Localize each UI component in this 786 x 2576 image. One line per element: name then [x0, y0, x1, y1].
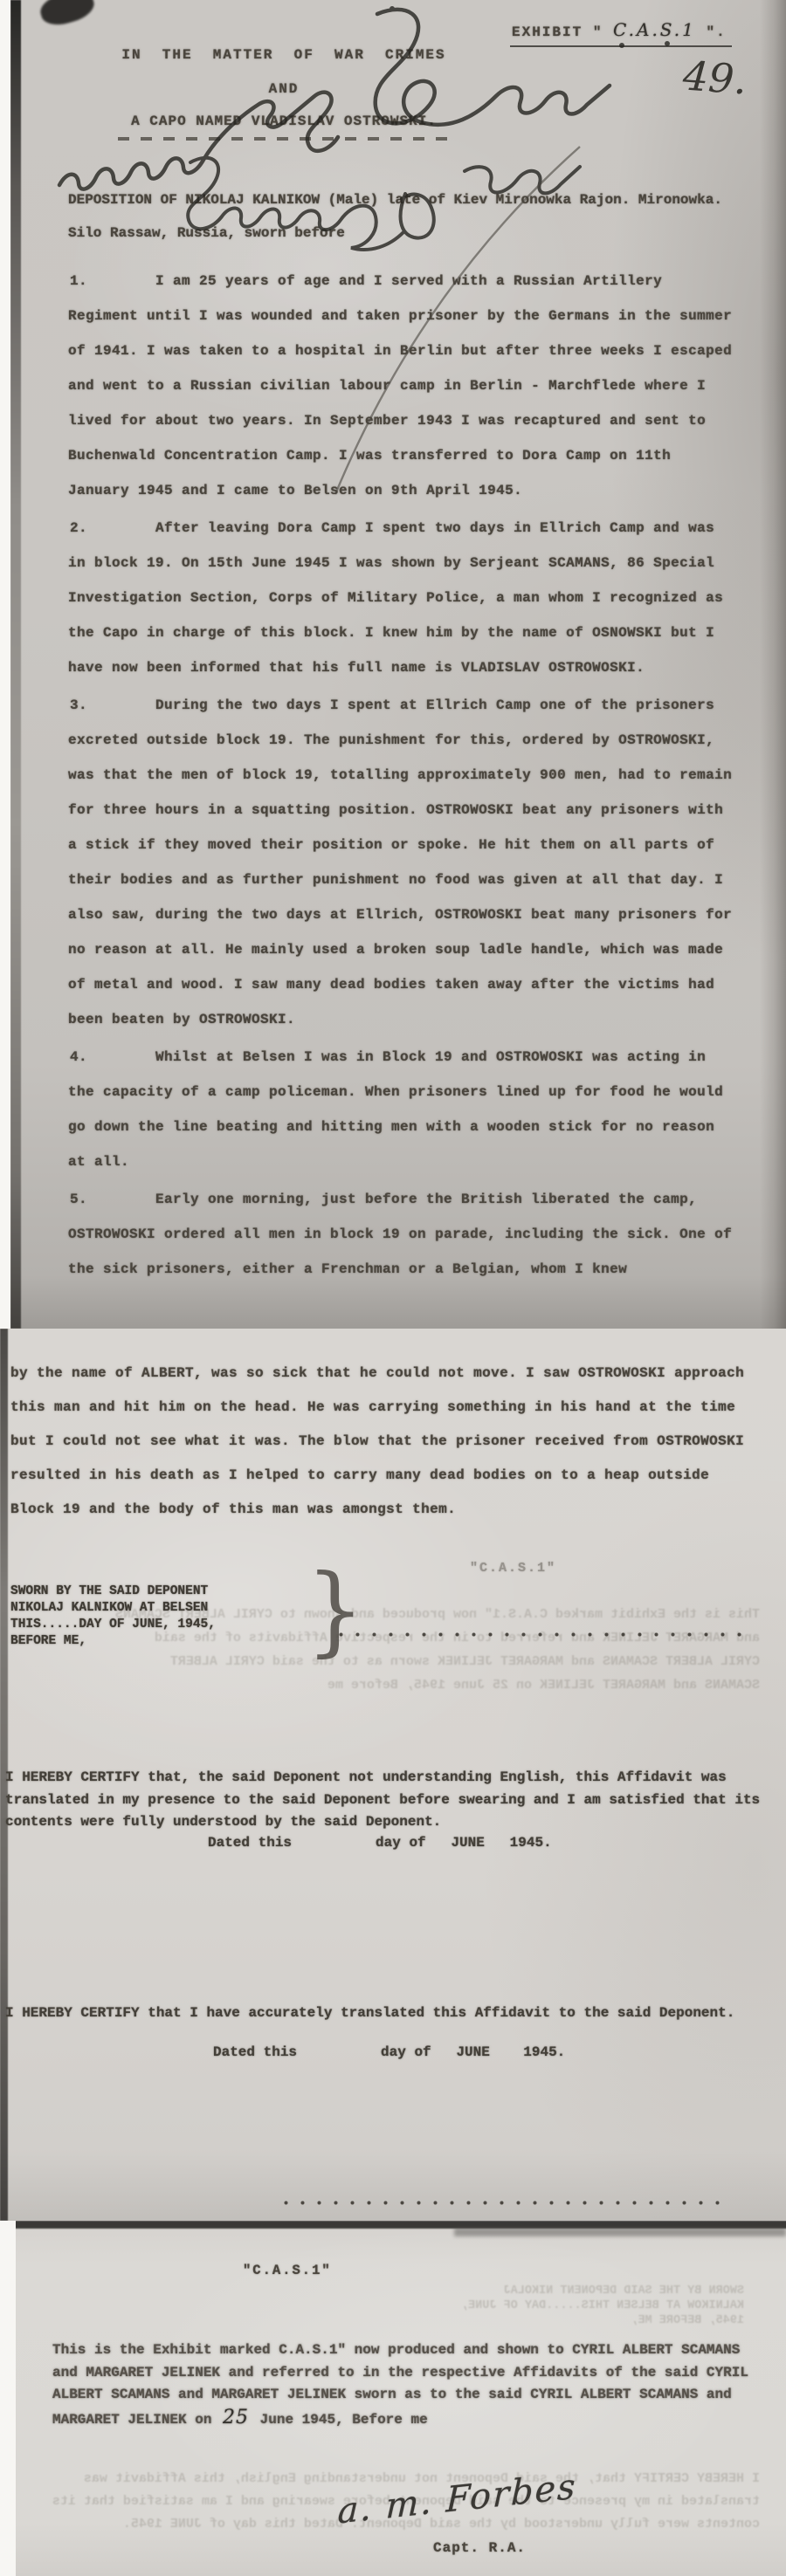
jurat-line-3: THIS.....DAY OF JUNE, 1945,: [10, 1617, 216, 1633]
paragraph-5-continuation: by the name of ALBERT, was so sick that …: [10, 1357, 749, 1527]
exhibit-close-quote: ".: [706, 24, 726, 40]
exhibit-number-handwritten: C.A.S.1: [613, 19, 696, 40]
handwritten-page-number: 49.: [681, 52, 748, 104]
exhibit-open-quote: ": [593, 24, 603, 40]
dated-line-2: Dated this day of JUNE 1945.: [213, 2044, 565, 2060]
signature-rank: Capt. R.A.: [433, 2540, 526, 2556]
exhibit-statement: This is the Exhibit marked C.A.S.1" now …: [52, 2339, 753, 2431]
handwritten-date: 25: [220, 2407, 252, 2428]
paragraph-text: During the two days I spent at Ellrich C…: [68, 688, 735, 1037]
signature-dotted-line: [339, 1632, 751, 1637]
paragraph-number: 3.: [70, 688, 87, 723]
paragraph-text: Whilst at Belsen I was in Block 19 and O…: [68, 1040, 735, 1179]
exhibit-reference-faint: "C.A.S.1": [470, 1561, 556, 1576]
paragraph-number: 2.: [70, 511, 87, 546]
deponent-line-2: Silo Rassaw, Russia, sworn before: [68, 216, 758, 250]
exhibit-header: EXHIBIT " C.A.S.1 ".: [510, 19, 732, 47]
case-title: IN THE MATTER OF WAR CRIMES AND A CAPO N…: [79, 47, 489, 141]
deponent-line-1: DEPOSITION OF NIKOLAJ KALNIKOW (Male) la…: [68, 183, 758, 216]
paragraph-1: 1. I am 25 years of age and I served wit…: [68, 264, 735, 508]
title-line-matter: IN THE MATTER OF WAR CRIMES: [79, 47, 489, 63]
exhibit-reference: "C.A.S.1": [243, 2263, 332, 2278]
typed-dash-underline: [118, 137, 450, 141]
exhibit-label: EXHIBIT: [512, 24, 583, 40]
title-line-capo: A CAPO NAMED VLADISLAV OSTROWSKI.: [79, 113, 489, 129]
dated-line-1: Dated this day of JUNE 1945.: [208, 1835, 552, 1851]
scan-left-edge: [10, 0, 21, 1329]
page-3: "C.A.S.1" SWORN BY THE SAID DEPONENT NIK…: [16, 2221, 786, 2576]
page-1: EXHIBIT " C.A.S.1 ". 49. IN THE MATTER O…: [10, 0, 786, 1329]
paragraph-number: 1.: [70, 264, 87, 299]
bleedthrough-jurat: SWORN BY THE SAID DEPONENT NIKOLAJ KALNI…: [451, 2284, 744, 2328]
jurat-line-4: BEFORE ME,: [10, 1633, 216, 1650]
paragraph-4: 4. Whilst at Belsen I was in Block 19 an…: [68, 1040, 735, 1179]
curly-brace: }: [306, 1562, 364, 1659]
paragraph-3: 3. During the two days I spent at Ellric…: [68, 688, 735, 1037]
scan-top-smudge: [454, 2228, 786, 2236]
paragraph-5: 5. Early one morning, just before the Br…: [68, 1182, 735, 1287]
scanned-deposition-document: EXHIBIT " C.A.S.1 ". 49. IN THE MATTER O…: [0, 0, 786, 2576]
paragraph-number: 5.: [70, 1182, 87, 1217]
exhibit-statement-closing: June 1945, Before me: [260, 2412, 428, 2428]
scan-corner-shadow: [38, 0, 98, 30]
bottom-dotted-line: [284, 2201, 729, 2205]
certification-interpreter: I HEREBY CERTIFY that, the said Deponent…: [5, 1767, 774, 1834]
paragraph-text: After leaving Dora Camp I spent two days…: [68, 511, 735, 685]
paragraph-number: 4.: [70, 1040, 87, 1075]
jurat-line-2: NIKOLAJ KALNIKOW AT BELSEN: [10, 1600, 216, 1617]
certification-translation: I HEREBY CERTIFY that I have accurately …: [5, 2002, 774, 2025]
paragraph-2: 2. After leaving Dora Camp I spent two d…: [68, 511, 735, 685]
deposition-body: 1. I am 25 years of age and I served wit…: [68, 264, 735, 1289]
page-2: by the name of ALBERT, was so sick that …: [0, 1329, 786, 2221]
jurat-line-1: SWORN BY THE SAID DEPONENT: [10, 1583, 216, 1600]
title-line-and: AND: [79, 81, 489, 97]
jurat-block: SWORN BY THE SAID DEPONENT NIKOLAJ KALNI…: [10, 1583, 216, 1650]
scan-right-shadow: [760, 0, 786, 1329]
paragraph-text: Early one morning, just before the Briti…: [68, 1182, 735, 1287]
paragraph-text: I am 25 years of age and I served with a…: [68, 264, 735, 508]
deponent-heading: DEPOSITION OF NIKOLAJ KALNIKOW (Male) la…: [68, 183, 758, 250]
